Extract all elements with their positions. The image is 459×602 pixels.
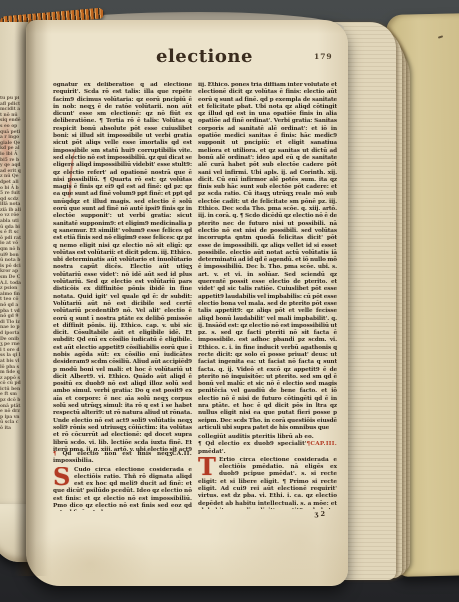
folio-number: 179 — [314, 52, 333, 61]
chapter-3-number: CAP.III. — [310, 441, 337, 448]
pilcrow-icon: ¶ — [53, 451, 57, 457]
chapter-3-opening-text: Ertio circa electionē cōsiderāda ē elect… — [198, 457, 337, 509]
chapter-3-rubric-text: Qd electio ex duob9 specialit' pmēdat'. — [198, 441, 306, 454]
recto-page: electione 179 ognatur ex deliberatiōe q … — [26, 20, 348, 586]
chapter-2-rubric: CA.II. ¶ Qd electio non est finis neqʒ i… — [53, 451, 192, 466]
chapter-2-closing-line: collegiūt auditis pteritis librū ab eo. — [198, 434, 337, 441]
chapter-3-opening: T Ertio circa electionē cōsiderāda ē ele… — [198, 457, 337, 509]
right-column: iij. Ethico. ponēs triā diffiām inter vo… — [198, 82, 337, 518]
right-column-body: iij. Ethico. ponēs triā diffiām inter vo… — [198, 82, 337, 434]
book-photo-scene: tū pu piafl pdict mcidit at nō nū siq en… — [0, 0, 459, 602]
chapter-3-rubric: CAP.III. ¶ ¶ Qd electio ex duob9 special… — [198, 441, 337, 456]
chapter-2-number: CA.II. — [172, 451, 192, 458]
chapter-2-opening: S Cūdo circa electionē cōsiderāda ē elec… — [53, 467, 192, 511]
lombard-initial-t: T — [198, 457, 217, 477]
chapter-2-rubric-text: Qd electio non est finis neqʒ impossibil… — [53, 451, 172, 464]
quire-signature-mark: ʒ 2 — [198, 510, 337, 518]
text-columns: ognatur ex deliberatiōe q ad electionē r… — [53, 82, 337, 518]
lombard-initial-s: S — [53, 467, 72, 487]
left-column-body: ognatur ex deliberatiōe q ad electionē r… — [53, 82, 192, 451]
pilcrow-icon: ¶ — [306, 441, 310, 448]
facing-page-edge: tū pu piafl pdict mcidit at nō nū siq en… — [0, 22, 28, 562]
chapter-2-opening-text: Cūdo circa electionē cōsiderāda ē electi… — [53, 467, 192, 511]
left-column: ognatur ex deliberatiōe q ad electionē r… — [53, 82, 192, 518]
pilcrow-icon: ¶ — [198, 441, 202, 447]
running-head-title: electione — [156, 46, 253, 67]
facing-page-text-fragment: tū pu piafl pdict mcidit at nō nū siq en… — [0, 96, 21, 528]
